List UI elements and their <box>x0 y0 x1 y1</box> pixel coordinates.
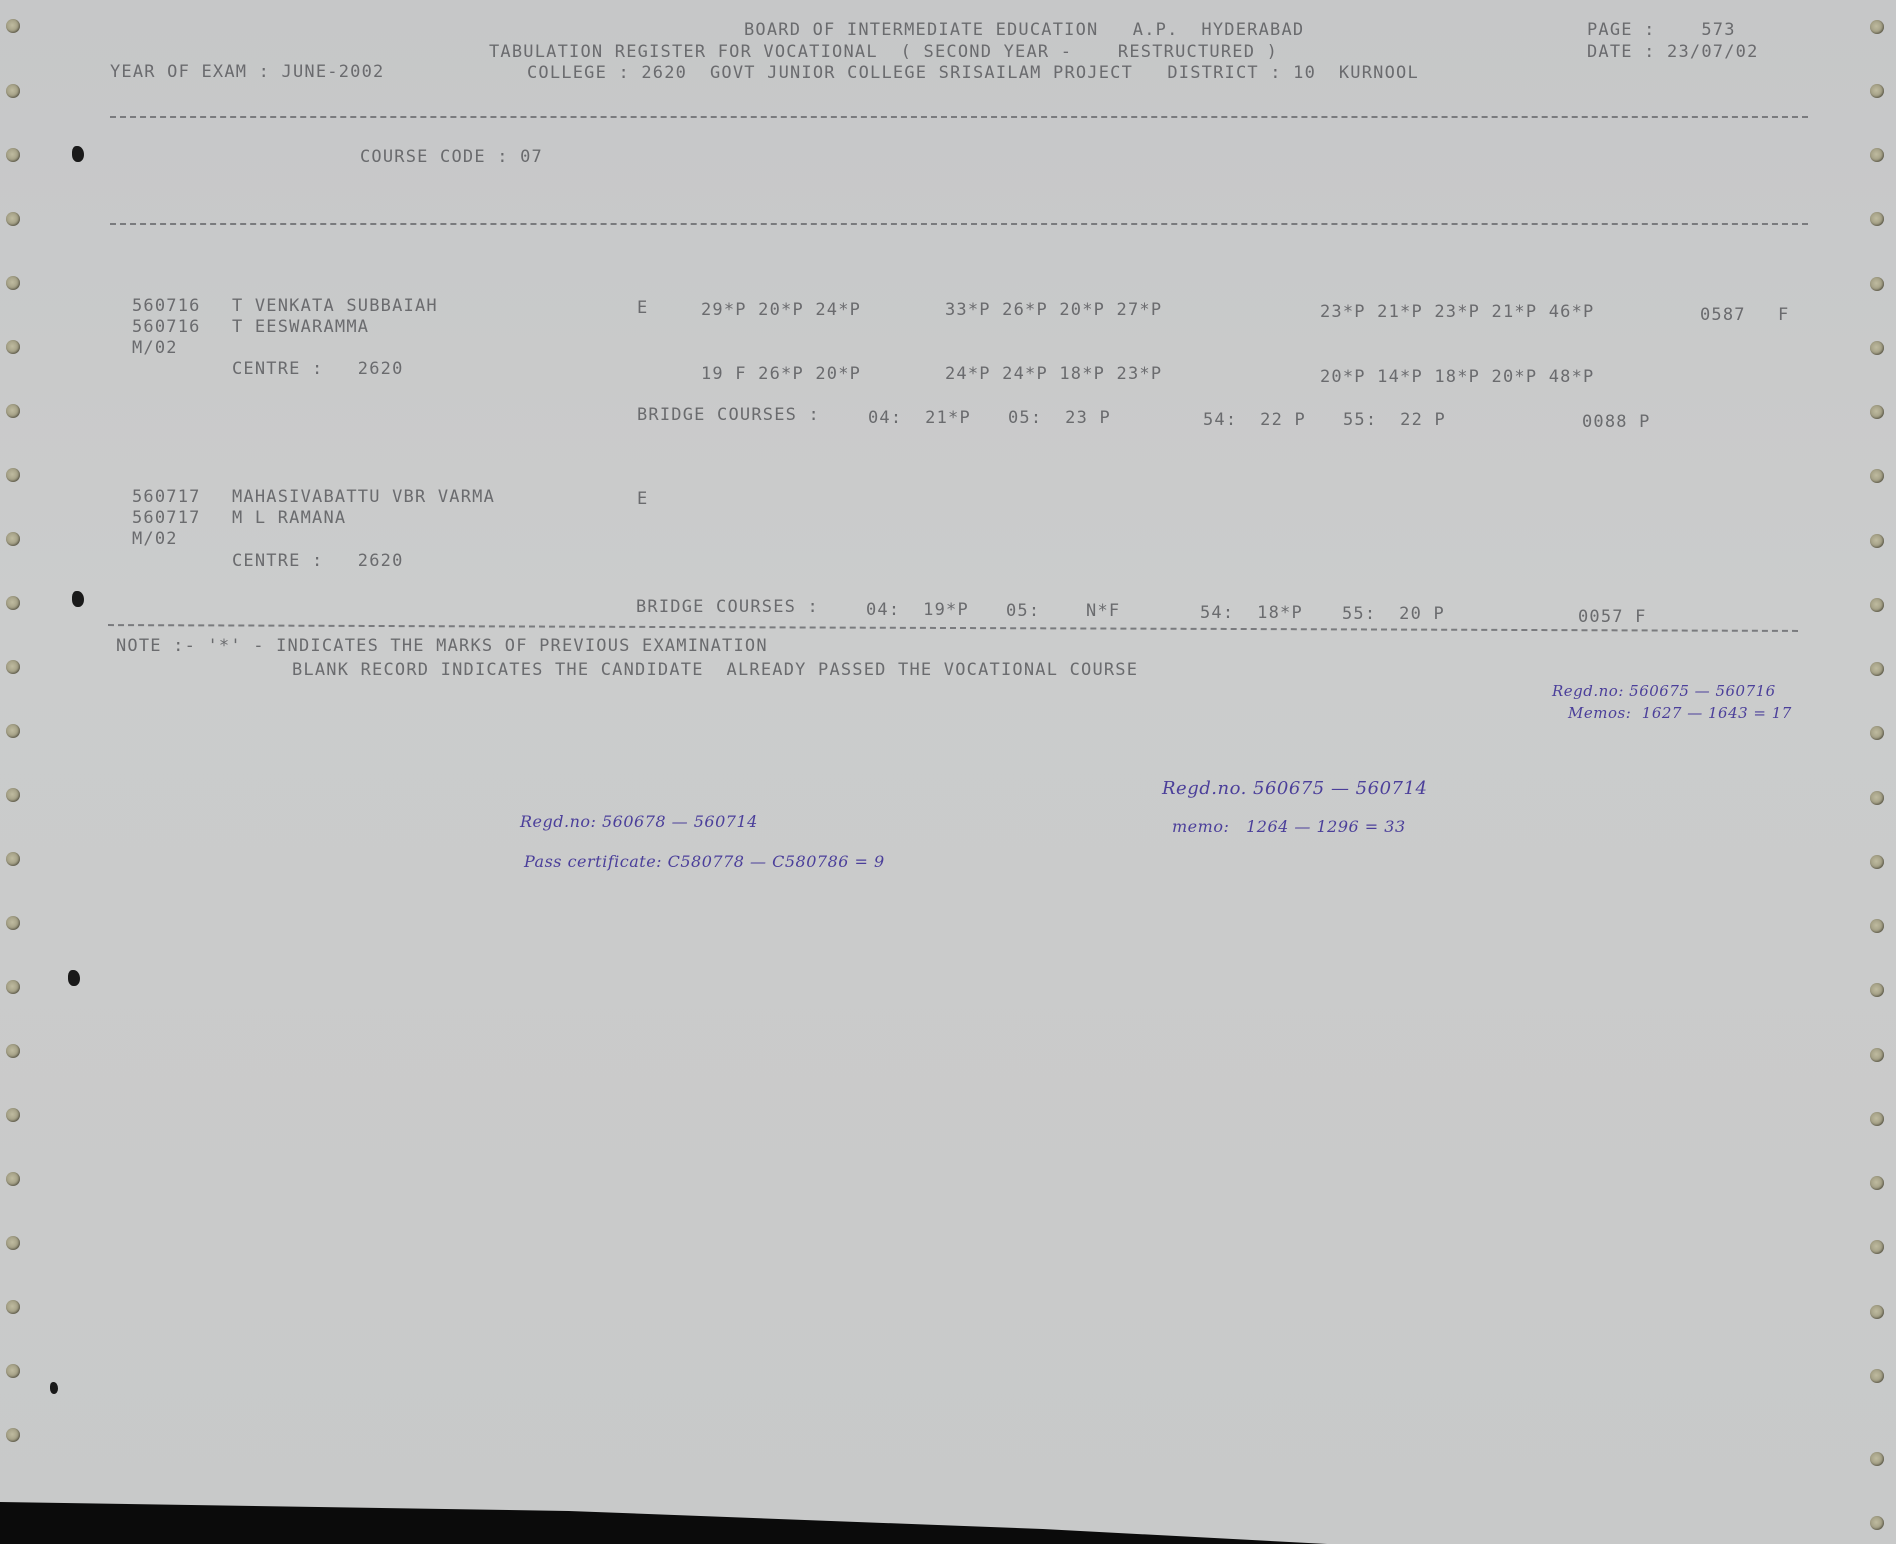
note-line-1: NOTE :- '*' - INDICATES THE MARKS OF PRE… <box>116 636 768 656</box>
bridge-54: 54: 22 P <box>1203 410 1306 430</box>
feed-hole-icon <box>1870 1369 1884 1383</box>
note-line-2: BLANK RECORD INDICATES THE CANDIDATE ALR… <box>292 660 1138 680</box>
bridge-04: 04: 19*P <box>866 600 969 620</box>
course-code: COURSE CODE : 07 <box>360 147 543 167</box>
feed-hole-icon <box>1870 1452 1884 1466</box>
reg-number: 560716 <box>132 296 201 316</box>
feed-hole-icon <box>6 84 20 98</box>
centre: CENTRE : 2620 <box>232 359 404 379</box>
feed-hole-icon <box>1870 1240 1884 1254</box>
month-year: M/02 <box>132 529 178 549</box>
feed-hole-icon <box>1870 1048 1884 1062</box>
perforation-tear-icon <box>72 146 84 162</box>
feed-hole-icon <box>6 1236 20 1250</box>
handwritten-line: Regd.no: 560678 — 560714 <box>520 812 758 831</box>
medium: E <box>637 489 648 509</box>
tabulation-register-page: BOARD OF INTERMEDIATE EDUCATION A.P. HYD… <box>0 0 1896 1544</box>
bridge-label: BRIDGE COURSES : <box>637 405 820 425</box>
feed-hole-icon <box>6 1172 20 1186</box>
feed-hole-icon <box>1870 84 1884 98</box>
bridge-54: 54: 18*P <box>1200 603 1303 623</box>
feed-hole-icon <box>6 660 20 674</box>
feed-hole-icon <box>6 1364 20 1378</box>
feed-hole-icon <box>6 788 20 802</box>
feed-hole-icon <box>1870 1112 1884 1126</box>
feed-hole-icon <box>1870 277 1884 291</box>
feed-hole-icon <box>6 916 20 930</box>
feed-hole-icon <box>1870 726 1884 740</box>
marks-group-1-row2: 19 F 26*P 20*P <box>701 364 861 384</box>
parent-name: T EESWARAMMA <box>232 317 369 337</box>
bridge-total: 0057 F <box>1578 607 1647 627</box>
bridge-05: 05: N*F <box>1006 601 1120 621</box>
handwritten-line: Regd.no. 560675 — 560714 <box>1162 778 1427 799</box>
feed-hole-icon <box>6 404 20 418</box>
feed-hole-icon <box>6 1300 20 1314</box>
centre: CENTRE : 2620 <box>232 551 404 571</box>
feed-hole-icon <box>6 1108 20 1122</box>
bridge-55: 55: 22 P <box>1343 410 1446 430</box>
bridge-55: 55: 20 P <box>1342 604 1445 624</box>
handwritten-line: Regd.no: 560675 — 560716 <box>1552 682 1776 700</box>
feed-hole-icon <box>1870 148 1884 162</box>
perforation-tear-icon <box>72 591 84 607</box>
reg-number-2: 560717 <box>132 508 201 528</box>
feed-hole-icon <box>6 1044 20 1058</box>
college-info: COLLEGE : 2620 GOVT JUNIOR COLLEGE SRISA… <box>527 63 1419 83</box>
feed-hole-icon <box>1870 1516 1884 1530</box>
feed-hole-icon <box>6 19 20 33</box>
feed-hole-icon <box>1870 855 1884 869</box>
bridge-05: 05: 23 P <box>1008 408 1111 428</box>
scan-background-edge <box>0 1484 1896 1544</box>
result: F <box>1778 305 1789 325</box>
feed-hole-icon <box>1870 341 1884 355</box>
feed-hole-icon <box>1870 405 1884 419</box>
register-title: TABULATION REGISTER FOR VOCATIONAL ( SEC… <box>489 42 1278 62</box>
bridge-04: 04: 21*P <box>868 408 971 428</box>
feed-hole-icon <box>6 724 20 738</box>
feed-hole-icon <box>1870 534 1884 548</box>
feed-hole-icon <box>6 148 20 162</box>
handwritten-line: Pass certificate: C580778 — C580786 = 9 <box>524 852 885 871</box>
marks-group-1: 29*P 20*P 24*P <box>701 300 861 320</box>
year-of-exam: YEAR OF EXAM : JUNE-2002 <box>110 62 384 82</box>
reg-number: 560717 <box>132 487 201 507</box>
handwritten-line: memo: 1264 — 1296 = 33 <box>1172 817 1406 836</box>
feed-hole-icon <box>6 276 20 290</box>
medium: E <box>637 298 648 318</box>
divider <box>108 624 1798 632</box>
parent-name: M L RAMANA <box>232 508 346 528</box>
reg-number-2: 560716 <box>132 317 201 337</box>
feed-hole-icon <box>6 852 20 866</box>
board-title: BOARD OF INTERMEDIATE EDUCATION A.P. HYD… <box>744 20 1304 40</box>
divider <box>110 223 1808 225</box>
feed-hole-icon <box>6 532 20 546</box>
feed-hole-icon <box>6 596 20 610</box>
feed-hole-icon <box>1870 1305 1884 1319</box>
page-number: PAGE : 573 <box>1587 20 1736 40</box>
feed-hole-icon <box>1870 983 1884 997</box>
feed-hole-icon <box>1870 598 1884 612</box>
perforation-tear-icon <box>50 1382 58 1394</box>
feed-hole-icon <box>6 1428 20 1442</box>
feed-hole-icon <box>6 340 20 354</box>
feed-hole-icon <box>1870 212 1884 226</box>
handwritten-line: Memos: 1627 — 1643 = 17 <box>1568 704 1792 722</box>
feed-hole-icon <box>1870 20 1884 34</box>
marks-group-3: 23*P 21*P 23*P 21*P 46*P <box>1320 302 1594 322</box>
marks-group-2: 33*P 26*P 20*P 27*P <box>945 300 1162 320</box>
marks-group-3-row2: 20*P 14*P 18*P 20*P 48*P <box>1320 367 1594 387</box>
feed-hole-icon <box>1870 662 1884 676</box>
feed-hole-icon <box>1870 1176 1884 1190</box>
divider <box>110 116 1808 118</box>
feed-hole-icon <box>1870 791 1884 805</box>
feed-hole-icon <box>6 212 20 226</box>
month-year: M/02 <box>132 338 178 358</box>
marks-group-2-row2: 24*P 24*P 18*P 23*P <box>945 364 1162 384</box>
feed-hole-icon <box>1870 469 1884 483</box>
candidate-name: MAHASIVABATTU VBR VARMA <box>232 487 495 507</box>
candidate-name: T VENKATA SUBBAIAH <box>232 296 438 316</box>
bridge-total: 0088 P <box>1582 412 1651 432</box>
feed-hole-icon <box>1870 919 1884 933</box>
feed-hole-icon <box>6 468 20 482</box>
total-marks: 0587 <box>1700 305 1746 325</box>
perforation-tear-icon <box>68 970 80 986</box>
feed-hole-icon <box>6 980 20 994</box>
bridge-label: BRIDGE COURSES : <box>636 597 819 617</box>
print-date: DATE : 23/07/02 <box>1587 42 1759 62</box>
